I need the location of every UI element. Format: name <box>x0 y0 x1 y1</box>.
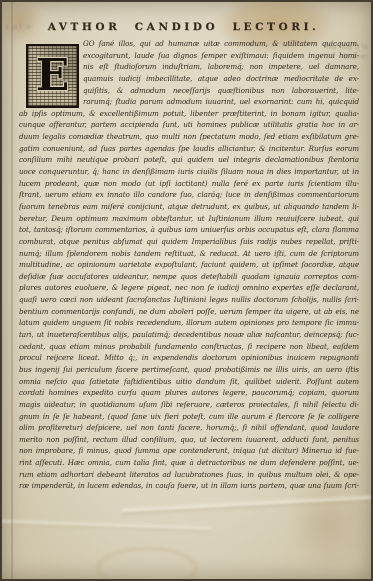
text-line: deſidiæ ſuæ accuſatores uideantur, nempe… <box>19 271 359 283</box>
text-line: conſilium mihi neutique probari poteſt, … <box>19 154 359 166</box>
text-line: beretur, Deum optimum maximum obteſtantu… <box>19 213 359 225</box>
text-line: uoce conqueruntur, q́; hanc in denſißima… <box>19 166 359 178</box>
text-line: quamuis iudicij imbecillitate, atque ade… <box>19 73 359 85</box>
text-line: excogitarunt, laude ſua dignos ſemper ex… <box>19 50 359 62</box>
page-title: AVTHOR CANDIDO LECTORI. <box>2 21 365 33</box>
text-line: comburat, atque penitus abſumat qui quid… <box>19 236 359 248</box>
text-line: tari, ut inueteraſcentibus alijs, paulat… <box>19 329 359 341</box>
text-line: cunque afferantur, partem accipienda ſun… <box>19 119 359 131</box>
text-line: bus ingenij ſui periculum facere pertime… <box>19 364 359 376</box>
paper-crease <box>0 518 212 534</box>
text-line: ſuorum tenebras eam miſeré conijciunt, a… <box>19 201 359 213</box>
book-page: -v: l.u, i al ſi qui, uel re- L zl AVTHO… <box>0 0 373 581</box>
stain-bottom-ring <box>97 547 197 581</box>
text-line: procul reijcere liceat. Mitto q́;, in ex… <box>19 352 359 364</box>
text-line: omnia neſcio qua ſatietate faſtidientibu… <box>19 376 359 388</box>
text-line: merito non poſſint, rectum illud conſili… <box>19 434 359 446</box>
text-line: numq́; illum ſplendorem nobis tandem reſ… <box>19 248 359 260</box>
text-line: magis uideatur, in quotidianum uſum ſibi… <box>19 399 359 411</box>
text-line: tot, tantosq́; iſtorum commentarios, à q… <box>19 224 359 236</box>
text-line: ræ impenderūt, in lucem edendas, in cauſ… <box>19 480 359 492</box>
body-text: GO ſané illos, qui ad humanæ uitæ commod… <box>19 38 359 492</box>
text-line: ab ipſis optimum, & excellentißimum potu… <box>19 108 359 120</box>
text-line: rint aſſecuti. Hæc omnia, cum talia ſint… <box>19 457 359 469</box>
text-line: multitudine, ac opinionum uarietate expo… <box>19 259 359 271</box>
text-line: non improbare, ſi minus, quod ſumma ope … <box>19 445 359 457</box>
text-line: cordati homines expedito curſu quam plur… <box>19 387 359 399</box>
text-line: lucem prodeant, quæ non modo (ut ipſi ia… <box>19 178 359 190</box>
text-line: ſtrant, uerum etiam ex innato illo cando… <box>19 189 359 201</box>
text-line: cedant, quas etiam minus probabili funda… <box>19 341 359 353</box>
text-line: bentium commentarijs confundi, ne dum ab… <box>19 306 359 318</box>
text-line: GO ſané illos, qui ad humanæ uitæ commod… <box>19 38 359 50</box>
text-line: rum etiam adhortari debeant literatos ad… <box>19 469 359 481</box>
text-line: olim profiteretur) deſpicere, uel non ta… <box>19 422 359 434</box>
text-line: latum quidem unguem ſit nobis recedendum… <box>19 317 359 329</box>
text-line: duum legalis comædiæ theatrum, quo multi… <box>19 131 359 143</box>
text-line: gatim conueniunt, ad ſuas partes agendas… <box>19 143 359 155</box>
text-line: plures autores euoluere, & legere pigeat… <box>19 282 359 294</box>
text-line: rarumq́; ſtudia parum admodum iuuarint, … <box>19 96 359 108</box>
text-line: quaſi uero cæci non uideant ſacroſanctas… <box>19 294 359 306</box>
paper-crease <box>122 493 373 517</box>
page-edge-shadow <box>11 2 13 579</box>
text-line: nis eſt ſtudioſorum induſtriam, laboremq… <box>19 61 359 73</box>
text-line: quiſitis, & admodum neceſſarijs quæſtion… <box>19 85 359 97</box>
text-line: gnum in ſe ſe habeant, (quod ſane uix fi… <box>19 411 359 423</box>
